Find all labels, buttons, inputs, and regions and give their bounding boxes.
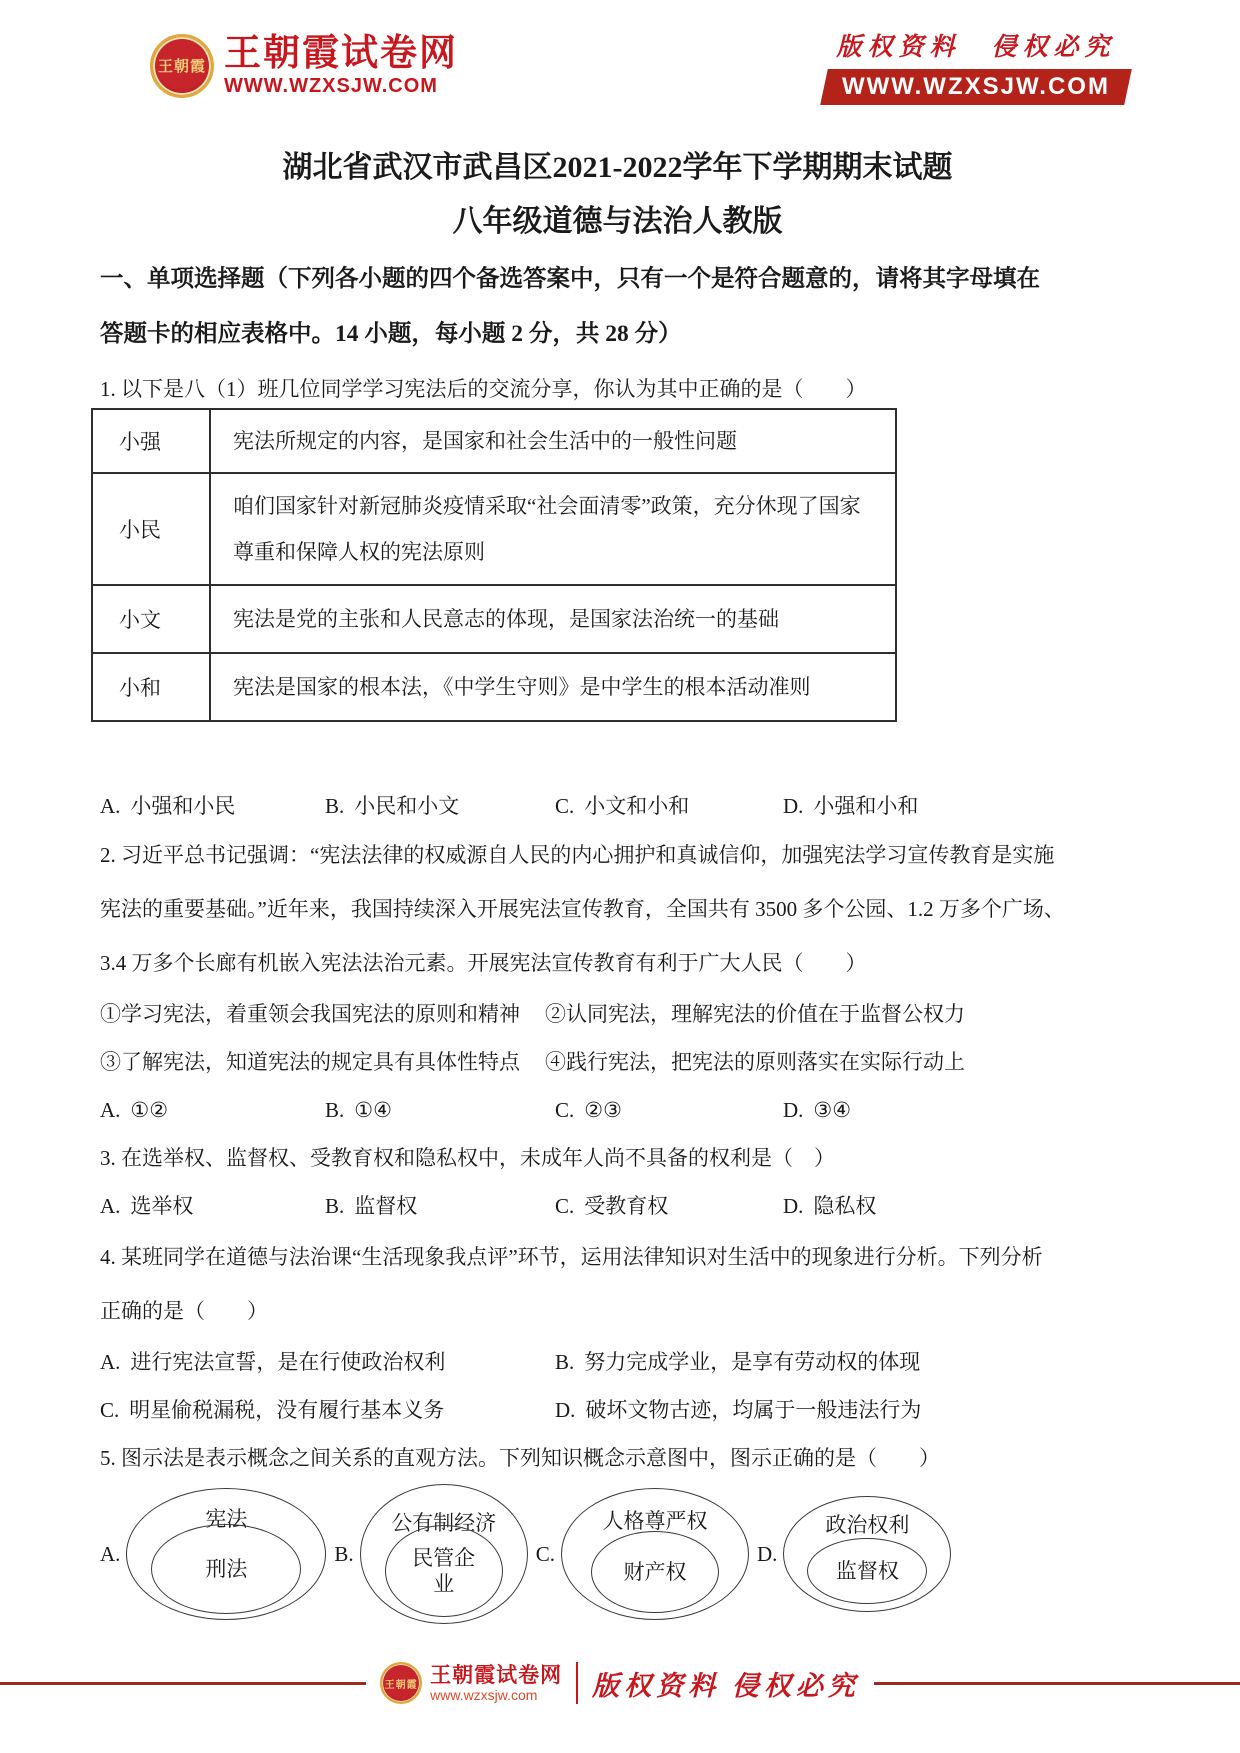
outer-circle: 公有制经济 民管企业 — [360, 1484, 528, 1624]
footer-copyright-slogan: 版权资料 侵权必究 — [592, 1664, 860, 1703]
paper-body: 湖北省武汉市武昌区2021-2022学年下学期期末试题 八年级道德与法治人教版 … — [0, 0, 1240, 1624]
page-header: 王朝霞 王朝霞试卷网 WWW.WZXSJW.COM 版权资料 侵权必究 WWW.… — [150, 33, 1128, 105]
question-2-stem: 2. 习近平总书记强调：“宪法法律的权威源自人民的内心拥护和真诚信仰，加强宪法学… — [100, 828, 1135, 990]
footer-brand-block: 王朝霞 王朝霞试卷网 www.wzxsjw.com 版权资料 侵权必究 — [366, 1662, 874, 1704]
student-name: 小强 — [92, 409, 210, 473]
option-d: D.隐私权 — [783, 1182, 1135, 1230]
option-d: D.③④ — [783, 1086, 1135, 1134]
footer-divider — [576, 1662, 578, 1704]
q3-options: A.选举权 B.监督权 C.受教育权 D.隐私权 — [100, 1182, 1135, 1230]
outer-circle: 人格尊严权 财产权 — [561, 1488, 749, 1620]
diagram-label: B. — [334, 1542, 353, 1567]
exam-paper-page: 王朝霞 王朝霞试卷网 WWW.WZXSJW.COM 版权资料 侵权必究 WWW.… — [0, 0, 1240, 1753]
question-4-stem: 4. 某班同学在道德与法治课“生活现象我点评”环节，运用法律知识对生活中的现象进… — [100, 1230, 1135, 1338]
table-row: 小和 宪法是国家的根本法，《中学生守则》是中学生的根本活动准则 — [92, 653, 896, 721]
site-logo-badge-icon: 王朝霞 — [150, 34, 214, 98]
option-a: A.①② — [100, 1086, 325, 1134]
site-name: 王朝霞试卷网 — [224, 33, 458, 73]
inner-circle: 民管企业 — [385, 1525, 503, 1617]
copyright-block: 版权资料 侵权必究 WWW.WZXSJW.COM — [824, 33, 1128, 105]
q2-suboptions: ①学习宪法，着重领会我国宪法的原则和精神 ②认同宪法，理解宪法的价值在于监督公权… — [100, 990, 1135, 1086]
outer-circle: 宪法 刑法 — [126, 1488, 326, 1620]
student-statement: 宪法所规定的内容，是国家和社会生活中的一般性问题 — [210, 409, 896, 473]
venn-diagram-b: B. 公有制经济 民管企业 — [334, 1484, 527, 1624]
table-row: 小强 宪法所规定的内容，是国家和社会生活中的一般性问题 — [92, 409, 896, 473]
suboption-3: ③了解宪法，知道宪法的规定具有具体性特点 — [100, 1038, 545, 1086]
page-subtitle: 八年级道德与法治人教版 — [100, 202, 1135, 242]
footer-logo-badge-icon: 王朝霞 — [380, 1662, 422, 1704]
suboption-2: ②认同宪法，理解宪法的价值在于监督公权力 — [545, 990, 1135, 1038]
diagram-label: A. — [100, 1542, 120, 1567]
outer-circle: 政治权利 监督权 — [783, 1496, 951, 1612]
option-b: B.监督权 — [325, 1182, 555, 1230]
inner-circle: 财产权 — [591, 1531, 719, 1613]
diagram-label: D. — [757, 1542, 777, 1567]
suboption-1: ①学习宪法，着重领会我国宪法的原则和精神 — [100, 990, 545, 1038]
student-statement: 咱们国家针对新冠肺炎疫情采取“社会面清零”政策，充分休现了国家尊重和保障人权的宪… — [210, 473, 896, 585]
venn-diagram-c: C. 人格尊严权 财产权 — [536, 1488, 749, 1620]
outer-concept: 政治权利 — [784, 1509, 950, 1539]
q4-options-row2: C.明星偷税漏税，没有履行基本义务 D.破坏文物古迹，均属于一般违法行为 — [100, 1386, 1135, 1434]
section-heading-line2: 答题卡的相应表格中。14 小题，每小题 2 分，共 28 分） — [100, 307, 1135, 362]
site-brand: 王朝霞 王朝霞试卷网 WWW.WZXSJW.COM — [150, 33, 458, 98]
q2-stem-line1: 2. 习近平总书记强调：“宪法法律的权威源自人民的内心拥护和真诚信仰，加强宪法学… — [100, 828, 1135, 882]
copyright-slogan: 版权资料 侵权必究 — [824, 33, 1128, 63]
inner-concept: 刑法 — [205, 1556, 247, 1582]
inner-concept: 民管企业 — [408, 1545, 480, 1597]
table-row: 小民 咱们国家针对新冠肺炎疫情采取“社会面清零”政策，充分休现了国家尊重和保障人… — [92, 473, 896, 585]
section-heading: 一、单项选择题（下列各小题的四个备选答案中，只有一个是符合题意的，请将其字母填在… — [100, 252, 1135, 362]
inner-circle: 监督权 — [807, 1538, 927, 1604]
inner-concept: 监督权 — [836, 1558, 899, 1584]
q2-stem-line3: 3.4 万多个长廊有机嵌入宪法法治元素。开展宪法宣传教育有利于广大人民（ ） — [100, 936, 1135, 990]
site-url: WWW.WZXSJW.COM — [224, 75, 458, 98]
option-a: A.小强和小民 — [100, 784, 325, 828]
inner-circle: 刑法 — [151, 1524, 301, 1614]
page-footer: 王朝霞 王朝霞试卷网 www.wzxsjw.com 版权资料 侵权必究 — [0, 1650, 1240, 1716]
site-logo-text: 王朝霞 — [158, 55, 206, 76]
option-b: B.①④ — [325, 1086, 555, 1134]
footer-brand-text: 王朝霞试卷网 www.wzxsjw.com — [430, 1664, 562, 1703]
option-a: A.进行宪法宣誓，是在行使政治权利 — [100, 1338, 555, 1386]
url-banner: WWW.WZXSJW.COM — [820, 69, 1132, 105]
question-1-stem: 1. 以下是八（1）班几位同学学习宪法后的交流分享，你认为其中正确的是（ ） — [100, 370, 1135, 408]
question-3-stem: 3. 在选举权、监督权、受教育权和隐私权中，未成年人尚不具备的权利是（ ） — [100, 1134, 1135, 1182]
option-b: B.努力完成学业，是享有劳动权的体现 — [555, 1338, 1135, 1386]
option-c: C.明星偷税漏税，没有履行基本义务 — [100, 1386, 555, 1434]
venn-diagram-d: D. 政治权利 监督权 — [757, 1496, 951, 1612]
venn-diagram-a: A. 宪法 刑法 — [100, 1488, 326, 1620]
table-row: 小文 宪法是党的主张和人民意志的体现，是国家法治统一的基础 — [92, 585, 896, 653]
q4-options-row1: A.进行宪法宣誓，是在行使政治权利 B.努力完成学业，是享有劳动权的体现 — [100, 1338, 1135, 1386]
student-name: 小文 — [92, 585, 210, 653]
option-d: D.破坏文物古迹，均属于一般违法行为 — [555, 1386, 1135, 1434]
q1-options: A.小强和小民 B.小民和小文 C.小文和小和 D.小强和小和 — [100, 784, 1135, 828]
student-statement: 宪法是党的主张和人民意志的体现，是国家法治统一的基础 — [210, 585, 896, 653]
option-c: C.②③ — [555, 1086, 783, 1134]
footer-site-name: 王朝霞试卷网 — [430, 1664, 562, 1687]
inner-concept: 财产权 — [623, 1559, 686, 1585]
option-b: B.小民和小文 — [325, 784, 555, 828]
footer-rule-right — [874, 1682, 1240, 1685]
page-title: 湖北省武汉市武昌区2021-2022学年下学期期末试题 — [100, 148, 1135, 188]
q5-diagrams: A. 宪法 刑法 B. 公有制经济 民管企业 C. 人格尊严权 财产权 — [100, 1484, 1135, 1624]
option-d: D.小强和小和 — [783, 784, 1135, 828]
diagram-label: C. — [536, 1542, 555, 1567]
question-5-stem: 5. 图示法是表示概念之间关系的直观方法。下列知识概念示意图中，图示正确的是（ … — [100, 1434, 1135, 1482]
q2-options: A.①② B.①④ C.②③ D.③④ — [100, 1086, 1135, 1134]
option-c: C.小文和小和 — [555, 784, 783, 828]
option-c: C.受教育权 — [555, 1182, 783, 1230]
section-heading-line1: 一、单项选择题（下列各小题的四个备选答案中，只有一个是符合题意的，请将其字母填在 — [100, 252, 1135, 307]
url-banner-text: WWW.WZXSJW.COM — [842, 73, 1110, 101]
option-a: A.选举权 — [100, 1182, 325, 1230]
q1-table: 小强 宪法所规定的内容，是国家和社会生活中的一般性问题 小民 咱们国家针对新冠肺… — [91, 408, 897, 722]
q4-stem-line2: 正确的是（ ） — [100, 1284, 1135, 1338]
brand-text: 王朝霞试卷网 WWW.WZXSJW.COM — [224, 33, 458, 98]
q2-stem-line2: 宪法的重要基础。”近年来，我国持续深入开展宪法宣传教育，全国共有 3500 多个… — [100, 882, 1135, 936]
footer-site-url: www.wzxsjw.com — [430, 1687, 562, 1703]
footer-logo-text: 王朝霞 — [385, 1676, 418, 1691]
footer-rule-left — [0, 1682, 366, 1685]
student-statement: 宪法是国家的根本法，《中学生守则》是中学生的根本活动准则 — [210, 653, 896, 721]
q4-stem-line1: 4. 某班同学在道德与法治课“生活现象我点评”环节，运用法律知识对生活中的现象进… — [100, 1230, 1135, 1284]
student-name: 小和 — [92, 653, 210, 721]
suboption-4: ④践行宪法，把宪法的原则落实在实际行动上 — [545, 1038, 1135, 1086]
student-name: 小民 — [92, 473, 210, 585]
